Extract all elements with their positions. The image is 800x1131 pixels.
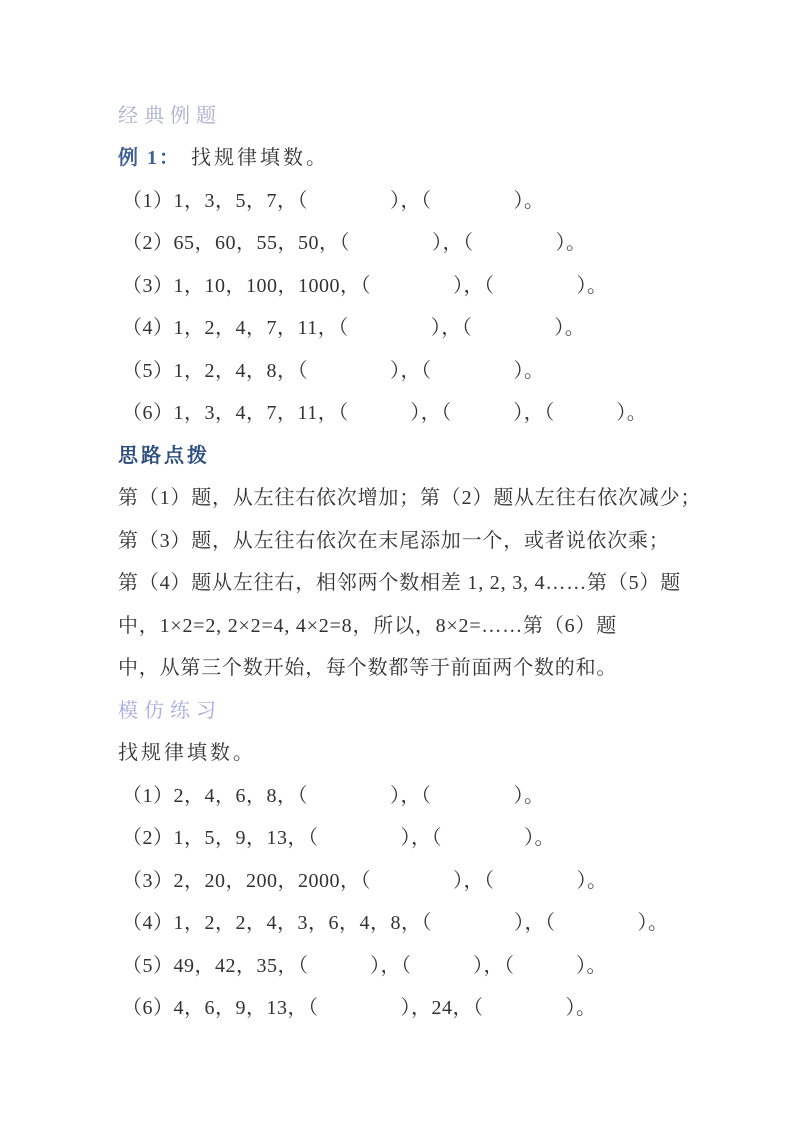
example-problem-1: （1）1，3，5，7，（ ），（ ）。 [118,177,704,220]
practice-problem-6: （6）4，6，9，13，（ ），24，（ ）。 [118,985,704,1028]
worksheet-page: 经典例题 例 1： 找规律填数。 （1）1，3，5，7，（ ），（ ）。 （2）… [0,0,800,1131]
practice-problem-1: （1）2，4，6，8，（ ），（ ）。 [118,772,704,815]
tips-line-3: 第（4）题从左往右，相邻两个数相差 1, 2, 3, 4……第（5）题 [118,560,704,603]
tips-line-2: 第（3）题，从左往右依次在末尾添加一个，或者说依次乘； [118,517,704,560]
example-prompt: 找规律填数。 [191,141,329,170]
practice-problem-4: （4）1，2，2，4，3，6，4，8，（ ），（ ）。 [118,900,704,943]
tips-section-title: 思路点拨 [118,432,704,475]
example-problem-4: （4）1，2，4，7，11，（ ），（ ）。 [118,305,704,348]
example-problem-5: （5）1，2，4，8，（ ），（ ）。 [118,347,704,390]
practice-section-title: 模仿练习 [118,687,704,730]
practice-problem-3: （3）2，20，200，2000，（ ），（ ）。 [118,857,704,900]
example-label: 例 1： [118,141,181,170]
tips-line-4: 中，1×2=2, 2×2=4, 4×2=8，所以，8×2=……第（6）题 [118,602,704,645]
example-heading: 例 1： 找规律填数。 [118,135,704,178]
practice-problem-5: （5）49，42，35，（ ），（ ），（ ）。 [118,942,704,985]
practice-prompt: 找规律填数。 [118,730,704,773]
tips-line-1: 第（1）题，从左往右依次增加；第（2）题从左往右依次减少； [118,475,704,518]
classic-section-title: 经典例题 [118,92,704,135]
example-problem-3: （3）1，10，100，1000，（ ），（ ）。 [118,262,704,305]
example-problem-2: （2）65，60，55，50，（ ），（ ）。 [118,220,704,263]
tips-line-5: 中，从第三个数开始，每个数都等于前面两个数的和。 [118,645,704,688]
example-problem-6: （6）1，3，4，7，11，（ ），（ ），（ ）。 [118,390,704,433]
practice-problem-2: （2）1，5，9，13，（ ），（ ）。 [118,815,704,858]
